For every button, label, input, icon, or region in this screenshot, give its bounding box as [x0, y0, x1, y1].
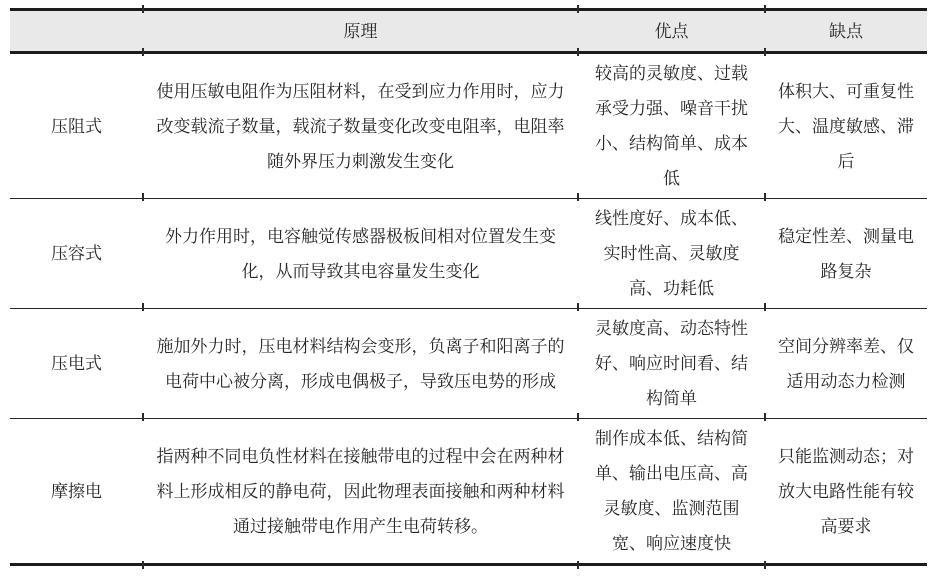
- cell-disadvantages: 空间分辨率差、仅适用动态力检测: [765, 309, 927, 419]
- cell-principle: 指两种不同电负性材料在接触带电的过程中会在两种材料上形成相反的静电荷，因此物理表…: [143, 419, 578, 565]
- cell-principle: 使用压敏电阻作为压阻材料，在受到应力作用时，应力改变载流子数量，载流子数量变化改…: [143, 53, 578, 199]
- header-row: 原理 优点 缺点: [10, 10, 927, 53]
- document-page: 原理 优点 缺点 压阻式 使用压敏电阻作为压阻材料，在受到应力作用时，应力改变载…: [0, 0, 937, 579]
- row-label: 压电式: [10, 309, 143, 419]
- table-row-piezoresistive: 压阻式 使用压敏电阻作为压阻材料，在受到应力作用时，应力改变载流子数量，载流子数…: [10, 53, 927, 199]
- cell-advantages: 较高的灵敏度、过载承受力强、噪音干扰小、结构简单、成本低: [578, 53, 765, 199]
- cell-advantages: 灵敏度高、动态特性好、响应时间看、结构简单: [578, 309, 765, 419]
- table-row-capacitive: 压容式 外力作用时，电容触觉传感器极板间相对位置发生变化，从而导致其电容量发生变…: [10, 199, 927, 309]
- row-label: 摩擦电: [10, 419, 143, 565]
- cell-principle: 外力作用时，电容触觉传感器极板间相对位置发生变化，从而导致其电容量发生变化: [143, 199, 578, 309]
- cell-disadvantages: 只能监测动态；对放大电路性能有较高要求: [765, 419, 927, 565]
- table-row-piezoelectric: 压电式 施加外力时，压电材料结构会变形，负离子和阳离子的电荷中心被分离，形成电偶…: [10, 309, 927, 419]
- cell-disadvantages: 稳定性差、测量电路复杂: [765, 199, 927, 309]
- cell-advantages: 线性度好、成本低、实时性高、灵敏度高、功耗低: [578, 199, 765, 309]
- sensor-comparison-table: 原理 优点 缺点 压阻式 使用压敏电阻作为压阻材料，在受到应力作用时，应力改变载…: [10, 8, 927, 566]
- header-disadvantages: 缺点: [765, 10, 927, 53]
- header-advantages: 优点: [578, 10, 765, 53]
- cell-advantages: 制作成本低、结构简单、输出电压高、高灵敏度、监测范围宽、响应速度快: [578, 419, 765, 565]
- cell-principle: 施加外力时，压电材料结构会变形，负离子和阳离子的电荷中心被分离，形成电偶极子，导…: [143, 309, 578, 419]
- header-principle: 原理: [143, 10, 578, 53]
- row-label: 压容式: [10, 199, 143, 309]
- header-type-blank: [10, 10, 143, 53]
- table-row-triboelectric: 摩擦电 指两种不同电负性材料在接触带电的过程中会在两种材料上形成相反的静电荷，因…: [10, 419, 927, 565]
- cell-disadvantages: 体积大、可重复性大、温度敏感、滞后: [765, 53, 927, 199]
- row-label: 压阻式: [10, 53, 143, 199]
